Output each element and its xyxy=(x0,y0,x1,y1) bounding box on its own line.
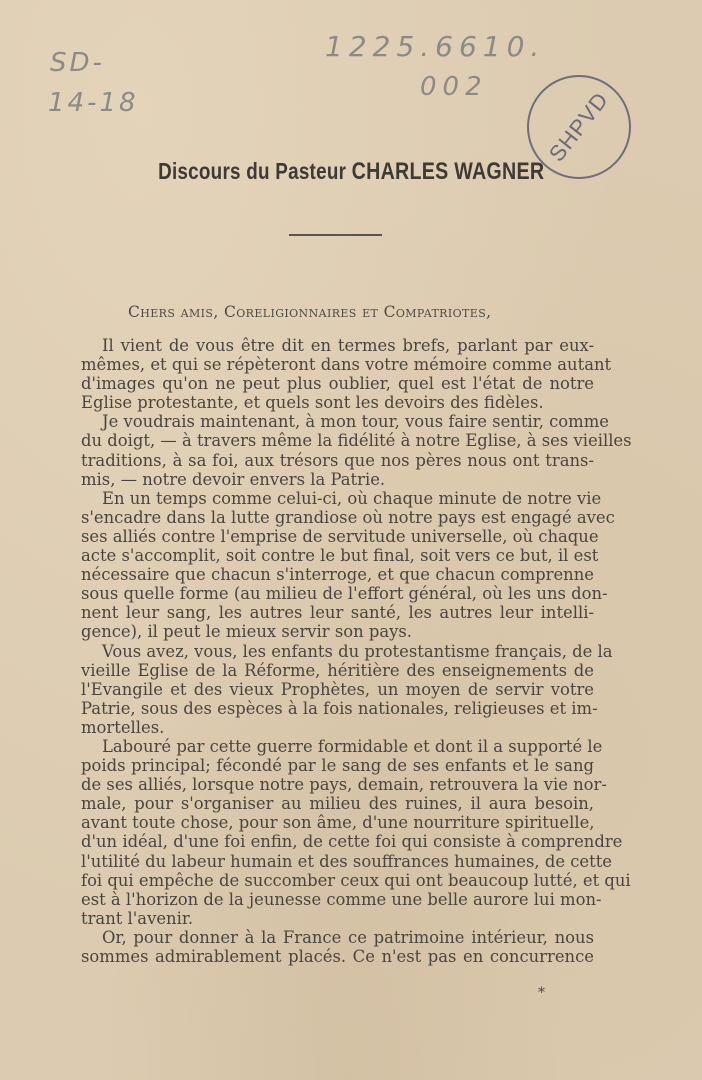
text-line: Or, pour donner à la France ce patrimoin… xyxy=(81,928,594,947)
scanned-page: SD- 14-18 1225.6610. 002 SHPVD Discours … xyxy=(0,0,702,1080)
salutation: Chers amis, Coreligionnaires et Compatri… xyxy=(128,303,491,321)
text-line: du doigt, — à travers même la fidélité à… xyxy=(81,431,594,450)
text-line: vieille Eglise de la Réforme, héritière … xyxy=(81,661,594,680)
text-line: d'images qu'on ne peut plus oublier, que… xyxy=(81,374,594,393)
text-line: ses alliés contre l'emprise de servitude… xyxy=(81,527,594,546)
paragraph-5: Labouré par cette guerre formidable et d… xyxy=(81,737,594,928)
text-line: mortelles. xyxy=(81,718,594,737)
title-separator xyxy=(289,234,382,236)
paragraph-4: Vous avez, vous, les enfants du protesta… xyxy=(81,642,594,737)
text-line: s'encadre dans la lutte grandiose où not… xyxy=(81,508,594,527)
text-line: foi qui empêche de succomber ceux qui on… xyxy=(81,871,594,890)
text-line: traditions, à sa foi, aux trésors que no… xyxy=(81,451,594,470)
text-line: nécessaire que chacun s'interroge, et qu… xyxy=(81,565,594,584)
title-name: CHARLES WAGNER xyxy=(352,158,545,185)
handwritten-years: 14-18 xyxy=(48,88,139,118)
text-line: Je voudrais maintenant, à mon tour, vous… xyxy=(81,412,594,431)
paragraph-3: En un temps comme celui-ci, où chaque mi… xyxy=(81,489,594,642)
title-prefix: Discours du Pasteur xyxy=(158,158,346,184)
text-line: Vous avez, vous, les enfants du protesta… xyxy=(81,642,594,661)
page-title: Discours du Pasteur CHARLES WAGNER xyxy=(63,158,639,186)
text-line: est à l'horizon de la jeunesse comme une… xyxy=(81,890,594,909)
text-line: Patrie, sous des espèces à la fois natio… xyxy=(81,699,594,718)
text-line: Labouré par cette guerre formidable et d… xyxy=(81,737,594,756)
text-line: poids principal; fécondé par le sang de … xyxy=(81,756,594,775)
handwritten-sub: 002 xyxy=(420,72,488,102)
text-line: sommes admirablement placés. Ce n'est pa… xyxy=(81,947,594,966)
text-line: avant toute chose, pour son âme, d'une n… xyxy=(81,813,594,832)
text-line: d'un idéal, d'une foi enfin, de cette fo… xyxy=(81,832,594,851)
handwritten-code: SD- xyxy=(50,48,105,78)
speech-body: Il vient de vous être dit en termes bref… xyxy=(81,336,594,966)
text-line: male, pour s'organiser au milieu des rui… xyxy=(81,794,594,813)
paragraph-2: Je voudrais maintenant, à mon tour, vous… xyxy=(81,412,594,488)
text-line: trant l'avenir. xyxy=(81,909,594,928)
text-line: l'Evangile et des vieux Prophètes, un mo… xyxy=(81,680,594,699)
text-line: En un temps comme celui-ci, où chaque mi… xyxy=(81,489,594,508)
text-line: acte s'accomplit, soit contre le but fin… xyxy=(81,546,594,565)
text-line: mêmes, et qui se répèteront dans votre m… xyxy=(81,355,594,374)
text-line: l'utilité du labeur humain et des souffr… xyxy=(81,852,594,871)
text-line: sous quelle forme (au milieu de l'effort… xyxy=(81,584,594,603)
stamp-text: SHPVD xyxy=(544,87,614,167)
text-line: de ses alliés, lorsque notre pays, demai… xyxy=(81,775,594,794)
text-line: gence), il peut le mieux servir son pays… xyxy=(81,622,594,641)
text-line: mis, — notre devoir envers la Patrie. xyxy=(81,470,594,489)
signature-mark: * xyxy=(538,985,545,1001)
paragraph-1: Il vient de vous être dit en termes bref… xyxy=(81,336,594,412)
text-line: nent leur sang, les autres leur santé, l… xyxy=(81,603,594,622)
handwritten-cote: 1225.6610. xyxy=(325,30,545,63)
text-line: Il vient de vous être dit en termes bref… xyxy=(81,336,594,355)
text-line: Eglise protestante, et quels sont les de… xyxy=(81,393,594,412)
paragraph-6: Or, pour donner à la France ce patrimoin… xyxy=(81,928,594,966)
